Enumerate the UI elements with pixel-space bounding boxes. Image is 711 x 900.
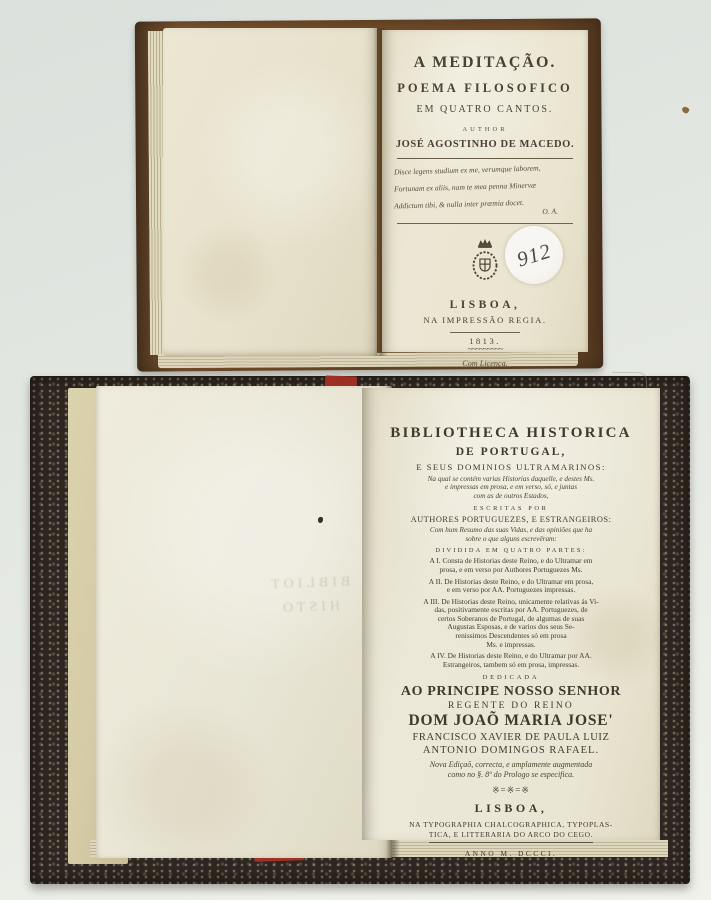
part-line: Ms. e impressas. — [362, 641, 660, 650]
escritas-por-label: ESCRITAS POR — [362, 505, 660, 512]
pencil-mark — [612, 372, 647, 389]
bottom-book-title-line3: E SEUS DOMINIOS ULTRAMARINOS: — [362, 462, 660, 472]
part-1: A I. Consta de Historias deste Reino, e … — [362, 557, 660, 574]
top-book-cantos-line: EM QUATRO CANTOS. — [382, 104, 588, 115]
bottom-book-title-line1: BIBLIOTHECA HISTORICA — [362, 425, 660, 442]
bottom-book: BIBLIOT HISTO BIBLIOTHECA HISTORICA DE P… — [30, 376, 690, 884]
top-book-blank-left-page — [163, 28, 377, 356]
dedicada-label: DEDICADA — [362, 674, 660, 681]
dedicatee-line3: DOM JOAÕ MARIA JOSE' — [362, 712, 660, 730]
rule-divider — [450, 332, 520, 333]
squiggle-ornament-icon: ~~~~~~~~~ — [382, 344, 588, 354]
dedicatee-line4: FRANCISCO XAVIER DE PAULA LUIZ — [362, 732, 660, 743]
top-book-title-page: A MEDITAÇÃO. POEMA FILOSOFICO EM QUATRO … — [382, 30, 588, 352]
top-book-imprint-city: LISBOA, — [382, 299, 588, 311]
paper-speck — [681, 106, 690, 115]
rule-divider — [397, 158, 573, 159]
top-book-license-line: Com Licença. — [382, 359, 588, 368]
bottom-book-title-page: BIBLIOTHECA HISTORICA DE PORTUGAL, E SEU… — [362, 388, 660, 840]
part-2: A II. De Historias deste Reino, e do Ult… — [362, 578, 660, 595]
bottom-book-imprint-city: LISBOA, — [362, 801, 660, 816]
part-line: Estrangeiros, tambem só em prosa, impres… — [362, 661, 660, 670]
top-book: A MEDITAÇÃO. POEMA FILOSOFICO EM QUATRO … — [136, 20, 602, 370]
resumo-line: sobre o que alguns escrevêram: — [362, 535, 660, 543]
top-book-author: JOSÉ AGOSTINHO DE MACEDO. — [382, 139, 588, 150]
edition-note-line: Nova Ediçaõ, correcta, e amplamente augm… — [362, 760, 660, 770]
part-line: prosa, e em verso por Authores Portuguez… — [362, 566, 660, 575]
printer-line: TICA, E LITTERARIA DO ARCO DO CEGO. — [429, 830, 593, 843]
dedicatee-line2: REGENTE DO REINO — [362, 701, 660, 711]
part-3: A III. De Historias deste Reino, unicame… — [362, 598, 660, 649]
top-book-printer: NA IMPRESSÃO REGIA. — [382, 315, 588, 325]
catalog-sticker: 912 — [505, 226, 563, 284]
part-4: A IV. De Historias deste Reino, e do Ult… — [362, 652, 660, 669]
part-line: e em verso por AA. Portuguezes impressas… — [362, 586, 660, 595]
top-book-epigraph-line: Disce legens studium ex me, verumque lab… — [394, 161, 576, 178]
top-book-title: A MEDITAÇÃO. — [382, 54, 588, 72]
printer-line: NA TYPOGRAPHIA CHALCOGRAPHICA, TYPOPLAS- — [362, 820, 660, 830]
asterism-ornament-icon: ※=※=※ — [362, 785, 660, 796]
authors-line: AUTHORES PORTUGUEZES, E ESTRANGEIROS: — [362, 515, 660, 524]
bottom-book-blank-left-page: BIBLIOT HISTO — [96, 386, 392, 858]
photograph-of-two-antique-books: A MEDITAÇÃO. POEMA FILOSOFICO EM QUATRO … — [0, 0, 711, 900]
bottom-book-title-line2: DE PORTUGAL, — [362, 446, 660, 458]
description-line: e impressas em prosa, e em verso, só, e … — [362, 483, 660, 491]
description-line: Na qual se contém varias Historias daque… — [362, 475, 660, 483]
bottom-book-year: ANNO M. DCCCI. — [362, 849, 660, 858]
dedicatee-line5: ANTONIO DOMINGOS RAFAEL. — [362, 745, 660, 756]
rule-divider — [397, 223, 573, 224]
resumo-line: Com hum Resumo das suas Vidas, e das opi… — [362, 526, 660, 534]
bottom-book-printer: NA TYPOGRAPHIA CHALCOGRAPHICA, TYPOPLAS-… — [362, 820, 660, 843]
description-line: com as de outros Estados, — [362, 492, 660, 500]
top-book-epigraph-line: Fortunam ex aliis, nam te mea penna Mine… — [394, 178, 576, 195]
top-book-subtitle: POEMA FILOSOFICO — [382, 81, 588, 96]
catalog-number: 912 — [514, 238, 554, 272]
dividida-label: DIVIDIDA EM QUATRO PARTES: — [362, 547, 660, 554]
top-book-author-label: AUTHOR — [382, 126, 588, 133]
dedicatee-line1: AO PRINCIPE NOSSO SENHOR — [362, 684, 660, 700]
edition-note-line: como no §. 8º do Prologo se especifica. — [362, 770, 660, 780]
